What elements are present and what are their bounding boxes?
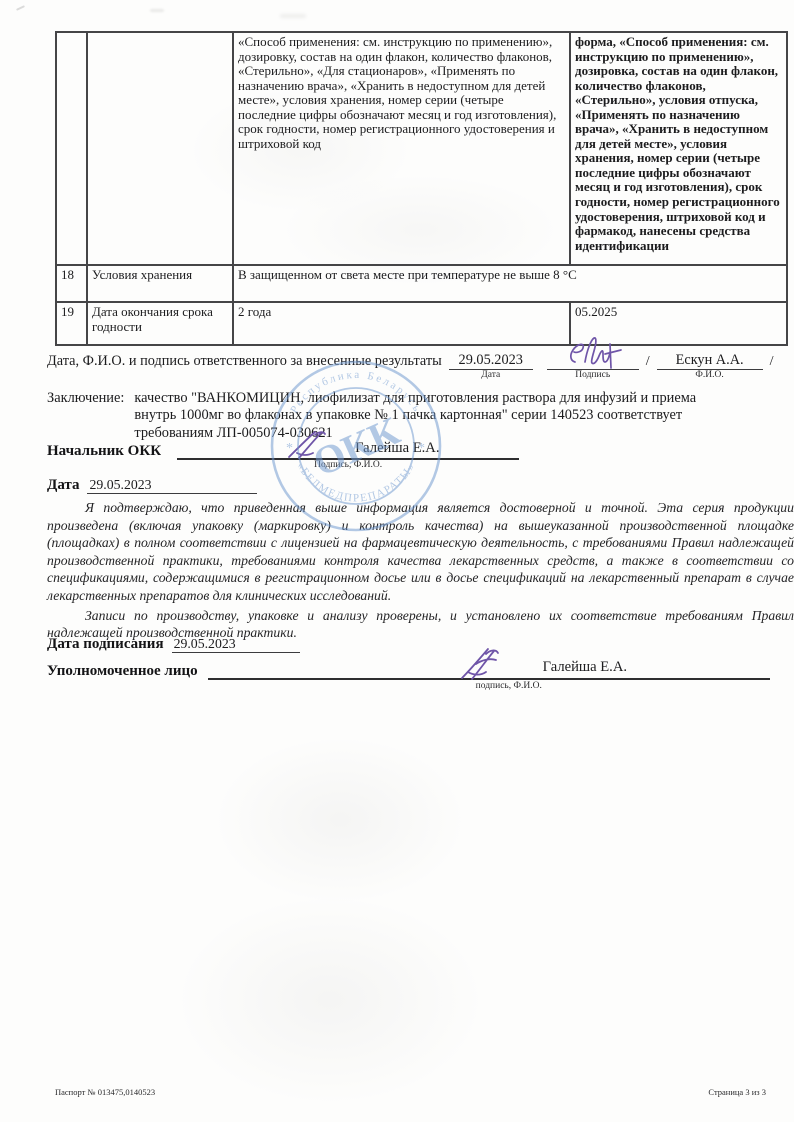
table-row-continuation: «Способ применения: см. инструкцию по пр… [56,32,787,265]
scan-mark [280,14,306,18]
row-label-cell: Дата окончания срока годности [87,302,233,345]
declaration-block: Я подтверждаю, что приведенная выше инфо… [47,499,794,642]
conclusion-text: качество "ВАНКОМИЦИН, лиофилизат для при… [134,390,696,442]
responsible-date-field: 29.05.2023 Дата [449,352,533,370]
signature-sublabel: Подпись [547,370,639,380]
date-label: Дата [47,477,79,494]
table-row-storage: 18 Условия хранения В защищенном от свет… [56,265,787,302]
responsible-name: Ескун А.А. [676,352,744,368]
authorized-signature-line: Галейша Е.А. подпись, Ф.И.О. [208,658,770,680]
shelf-life-cell: 2 года [233,302,570,345]
separator-slash: / [646,354,650,370]
storage-conditions-cell: В защищенном от света месте при температ… [233,265,787,302]
authorized-person-name: Галейша Е.А. [543,659,627,676]
row-number-cell [56,32,87,265]
responsible-date: 29.05.2023 [459,352,523,368]
responsible-signature-row: Дата, Ф.И.О. и подпись ответственного за… [47,352,794,370]
table-row-expiry: 19 Дата окончания срока годности 2 года … [56,302,787,345]
row-number-cell: 18 [56,265,87,302]
scanned-document-page: «Способ применения: см. инструкцию по пр… [0,0,794,1122]
marking-actual-cell: форма, «Способ применения: см. инструкци… [570,32,787,265]
scan-mark [150,9,164,12]
row-number-cell: 19 [56,302,87,345]
declaration-paragraph-1: Я подтверждаю, что приведенная выше инфо… [47,499,794,605]
date-sublabel: Дата [449,370,533,380]
date-row: Дата 29.05.2023 [47,477,257,494]
signing-date-label: Дата подписания [47,636,164,653]
qc-head-sublabel: Подпись, Ф.И.О. [177,460,519,470]
signing-date-value: 29.05.2023 [172,636,300,653]
spec-table: «Способ применения: см. инструкцию по пр… [55,31,788,346]
conclusion-block: Заключение: качество "ВАНКОМИЦИН, лиофил… [47,390,757,442]
signature-eskun-icon [561,334,623,372]
date-value: 29.05.2023 [87,477,257,494]
separator-slash: / [770,354,774,370]
signature-authorized-icon [456,646,508,682]
conclusion-label: Заключение: [47,390,124,442]
qc-head-signature-line: Галейша Е.А. Подпись, Ф.И.О. [177,440,519,460]
scan-mark [16,5,25,11]
qc-head-name: Галейша Е.А. [355,440,439,457]
marking-requirements-cell: «Способ применения: см. инструкцию по пр… [233,32,570,265]
authorized-person-label: Уполномоченное лицо [47,663,198,680]
qc-head-signature-row: Начальник ОКК Галейша Е.А. Подпись, Ф.И.… [47,440,519,460]
responsible-signature-field: Подпись [547,352,639,370]
responsible-caption: Дата, Ф.И.О. и подпись ответственного за… [47,353,442,370]
responsible-name-field: Ескун А.А. Ф.И.О. [657,352,763,370]
row-label-cell: Условия хранения [87,265,233,302]
authorized-person-row: Уполномоченное лицо Галейша Е.А. подпись… [47,658,770,680]
page-number: Страница 3 из 3 [708,1087,766,1097]
row-label-cell [87,32,233,265]
qc-head-label: Начальник ОКК [47,443,161,460]
signature-galeisha-icon [285,429,333,461]
passport-number: Паспорт № 013475,0140523 [55,1087,155,1097]
signing-date-row: Дата подписания 29.05.2023 [47,636,300,653]
authorized-sublabel: подпись, Ф.И.О. [476,681,542,691]
name-sublabel: Ф.И.О. [657,370,763,380]
